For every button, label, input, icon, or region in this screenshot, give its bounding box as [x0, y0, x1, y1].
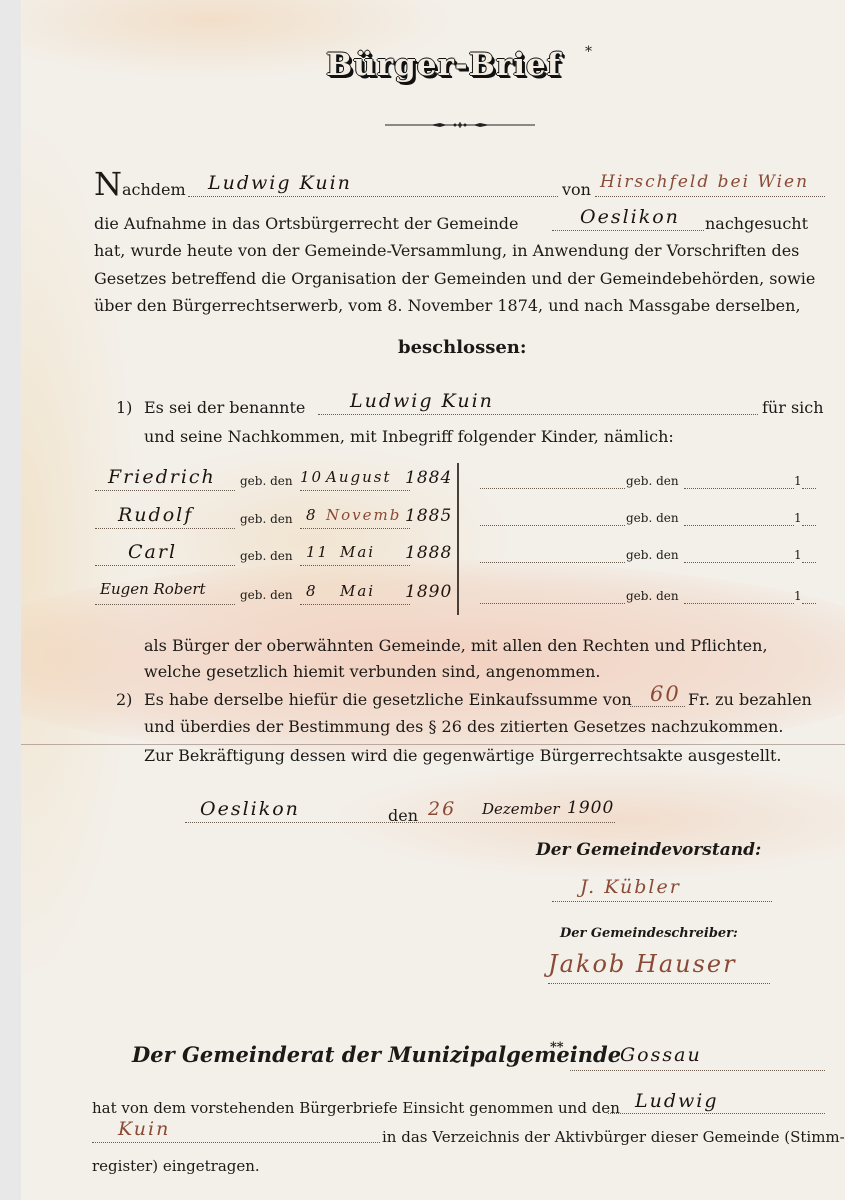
child-name-line — [480, 488, 625, 489]
child-born-label: geb. den — [626, 511, 679, 525]
child-name-line — [95, 490, 235, 491]
child-date-line — [684, 562, 794, 563]
child-day: 10 — [300, 468, 323, 486]
municipality-line — [552, 230, 704, 231]
clause2-number: 2) — [116, 690, 132, 710]
council-municipality: Gossau — [620, 1044, 702, 1066]
closing-line: Zur Bekräftigung dessen wird die gegenwä… — [144, 746, 782, 766]
year-line — [802, 488, 816, 489]
council-name-line-2 — [92, 1142, 380, 1143]
clause2-currency-suffix: Fr. zu bezahlen — [688, 690, 812, 710]
clause2-prefix: Es habe derselbe hiefür die gesetzliche … — [144, 690, 632, 710]
child-year: 1885 — [405, 506, 452, 526]
child-born-label: geb. den — [240, 588, 293, 602]
intro-line2-suffix: nachgesucht — [705, 214, 808, 234]
council-name-first: Ludwig — [635, 1090, 719, 1112]
child-day: 8 — [306, 582, 318, 600]
child-year: 1884 — [405, 468, 452, 488]
clause1-suffix: für sich — [762, 398, 824, 418]
child-born-label: geb. den — [626, 548, 679, 562]
child-born-label: geb. den — [240, 512, 293, 526]
council-line2-suffix: in das Verzeichnis der Aktivbürger diese… — [382, 1127, 845, 1147]
origin-line — [595, 196, 825, 197]
child-name-line — [95, 528, 235, 529]
municipality: Oeslikon — [580, 206, 680, 228]
year-line — [802, 525, 816, 526]
ornament-rule-icon — [385, 122, 535, 128]
child-name-line — [95, 565, 235, 566]
child-name-line — [95, 604, 235, 605]
drop-cap: N — [94, 168, 122, 200]
named-person-line — [318, 414, 758, 415]
clause1-cont-line2: welche gesetzlich hiemit verbunden sind,… — [144, 662, 600, 682]
child-date-line — [300, 604, 410, 605]
child-date-line — [684, 525, 794, 526]
date-year: 1900 — [567, 798, 614, 818]
clerk-signature: Jakob Hauser — [548, 950, 737, 978]
child-year: 1890 — [405, 582, 452, 602]
intro-line5: über den Bürgerrechtserwerb, vom 8. Nove… — [94, 296, 801, 316]
child-date-line — [300, 528, 410, 529]
intro-word-nachdem: achdem — [122, 180, 186, 200]
date-month: Dezember — [482, 800, 560, 818]
intro-word-von: von — [562, 180, 591, 200]
child-month: Novemb — [326, 506, 401, 524]
child-day: 11 — [306, 543, 329, 561]
board-heading: Der Gemeindevorstand: — [536, 840, 761, 860]
resolution-heading: beschlossen: — [398, 338, 527, 358]
clerk-heading: Der Gemeindeschreiber: — [560, 926, 738, 941]
child-date-line — [300, 490, 410, 491]
child-name: Eugen Robert — [100, 580, 206, 598]
council-line1-prefix: hat von dem vorstehenden Bürgerbriefe Ei… — [92, 1098, 620, 1118]
child-name: Carl — [128, 541, 177, 563]
title-footnote-mark: * — [585, 44, 592, 60]
child-born-label: geb. den — [240, 549, 293, 563]
child-name-line — [480, 603, 625, 604]
intro-line3: hat, wurde heute von der Gemeinde-Versam… — [94, 241, 799, 261]
clause1-cont-line1: als Bürger der oberwähnten Gemeinde, mit… — [144, 636, 768, 656]
year-prefix: 1 — [794, 548, 802, 562]
date-day: 26 — [428, 798, 456, 820]
clause1-number: 1) — [116, 398, 132, 418]
child-name: Friedrich — [108, 466, 216, 488]
child-born-label: geb. den — [240, 474, 293, 488]
applicant-name: Ludwig Kuin — [208, 172, 352, 194]
board-signature-line — [552, 901, 772, 902]
council-name-last: Kuin — [118, 1118, 170, 1140]
column-divider — [457, 463, 459, 615]
child-born-label: geb. den — [626, 474, 679, 488]
clerk-signature-line — [548, 983, 770, 984]
document-title: Bürger-Brief — [326, 47, 561, 83]
child-name-line — [480, 525, 625, 526]
council-name-line — [608, 1113, 825, 1114]
amount-line — [630, 706, 685, 707]
clause1-line2: und seine Nachkommen, mit Inbegriff folg… — [144, 427, 674, 447]
child-name-line — [480, 562, 625, 563]
child-day: 8 — [306, 506, 318, 524]
year-prefix: 1 — [794, 474, 802, 488]
clause2-line2: und überdies der Bestimmung des § 26 des… — [144, 717, 783, 737]
council-municipality-line — [570, 1070, 825, 1071]
year-line — [802, 603, 816, 604]
child-name: Rudolf — [118, 504, 193, 526]
amount: 60 — [650, 682, 681, 706]
child-date-line — [300, 565, 410, 566]
year-prefix: 1 — [794, 511, 802, 525]
applicant-name-line — [188, 196, 558, 197]
child-month: Mai — [340, 582, 375, 600]
council-line3: register) eingetragen. — [92, 1156, 260, 1176]
stain — [21, 100, 141, 1000]
year-line — [802, 562, 816, 563]
child-date-line — [684, 603, 794, 604]
child-month: Mai — [340, 543, 375, 561]
child-date-line — [684, 488, 794, 489]
word-den: den — [388, 806, 418, 826]
year-prefix: 1 — [794, 589, 802, 603]
clause1-prefix: Es sei der benannte — [144, 398, 305, 418]
origin-place: Hirschfeld bei Wien — [600, 172, 809, 192]
council-footnote-mark: ** — [550, 1040, 564, 1055]
child-month: August — [326, 468, 391, 486]
intro-line4: Gesetzes betreffend die Organisation der… — [94, 269, 815, 289]
child-born-label: geb. den — [626, 589, 679, 603]
fold-crease — [21, 744, 845, 745]
place: Oeslikon — [200, 798, 300, 820]
child-year: 1888 — [405, 543, 452, 563]
board-signature: J. Kübler — [580, 876, 681, 898]
council-heading: Der Gemeinderat der Munizipalgemeinde — [132, 1042, 621, 1067]
intro-line2-prefix: die Aufnahme in das Ortsbürgerrecht der … — [94, 214, 518, 234]
named-person: Ludwig Kuin — [350, 390, 494, 412]
